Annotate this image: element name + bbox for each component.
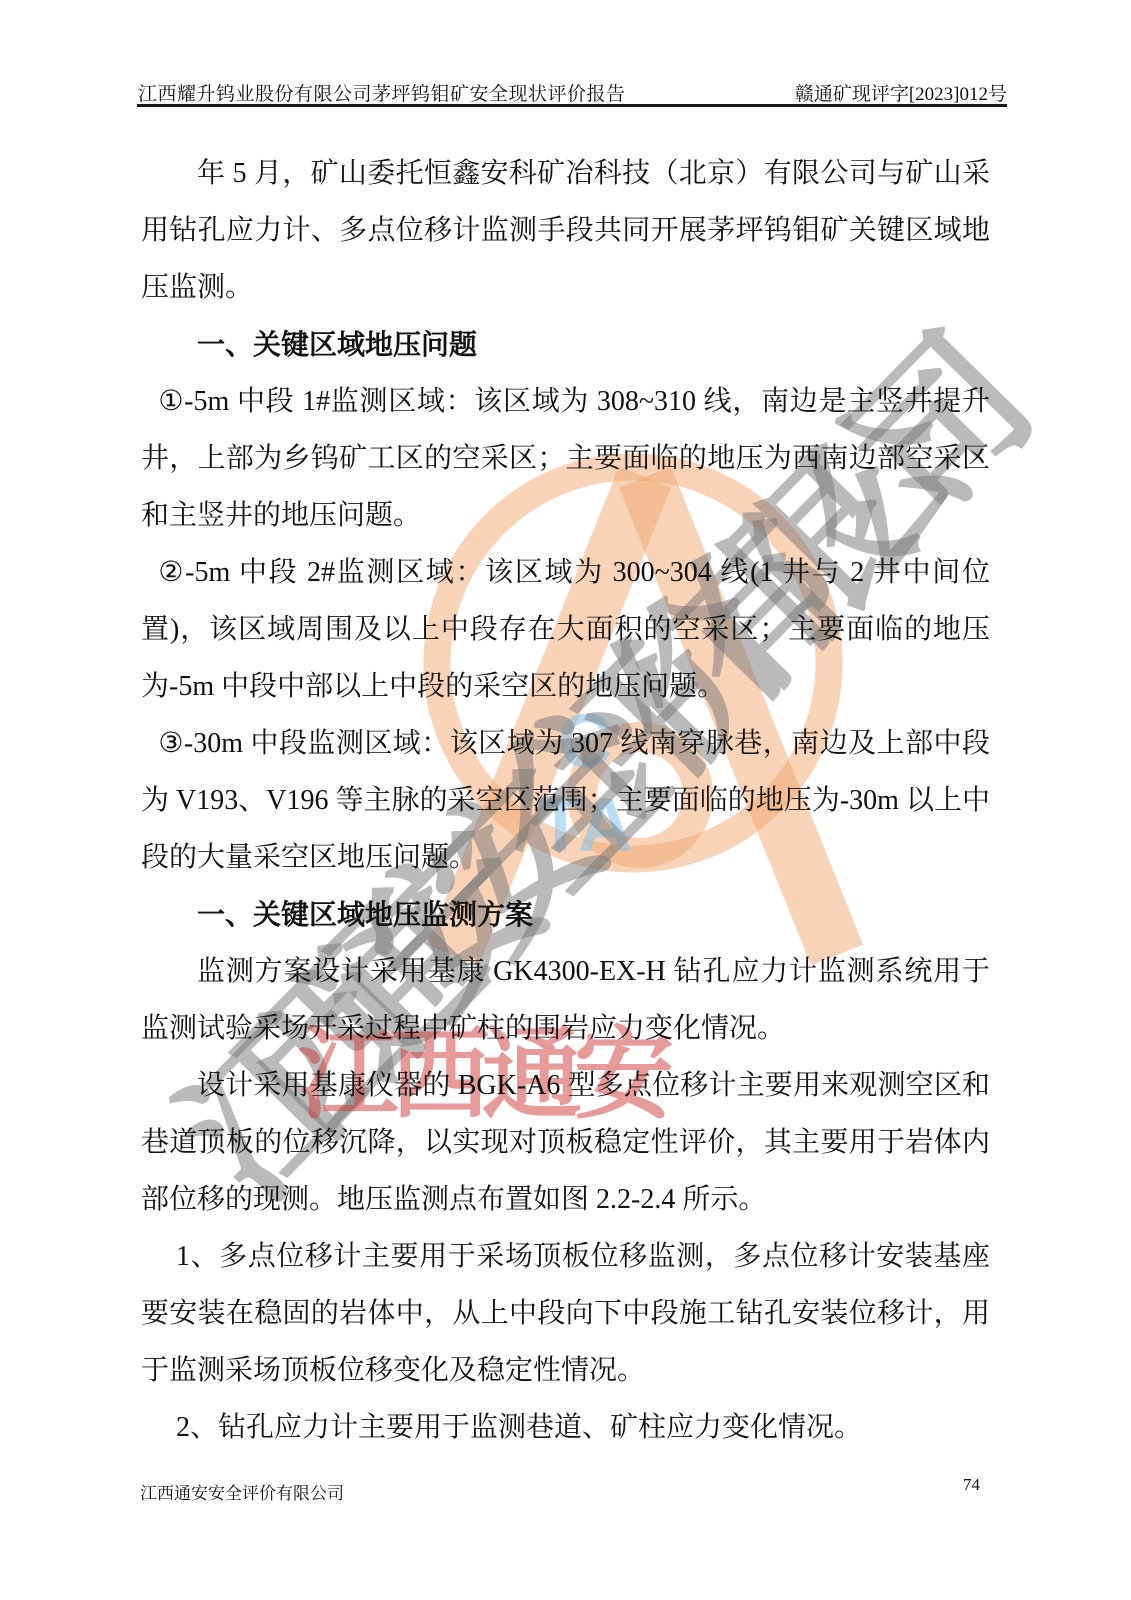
paragraph: 监测方案设计采用基康 GK4300-EX-H 钻孔应力计监测系统用于监测试验采场…	[141, 943, 990, 1057]
paragraph: 设计采用基康仪器的 BGK-A6 型多点位移计主要用来观测空区和巷道顶板的位移沉…	[141, 1057, 990, 1228]
paragraph: ①-5m 中段 1#监测区域：该区域为 308~310 线，南边是主竖井提升井，…	[141, 373, 990, 544]
paragraph: 1、多点位移计主要用于采场顶板位移监测，多点位移计安装基座要安装在稳固的岩体中，…	[141, 1228, 990, 1399]
report-page: { "header": { "left_title": "江西耀升钨业股份有限公…	[0, 0, 1131, 1600]
paragraph: 年 5 月，矿山委托恒鑫安科矿冶科技（北京）有限公司与矿山采用钻孔应力计、多点位…	[141, 145, 990, 316]
section-heading: 一、关键区域地压问题	[141, 316, 990, 373]
document-body: 年 5 月，矿山委托恒鑫安科矿冶科技（北京）有限公司与矿山采用钻孔应力计、多点位…	[141, 145, 990, 1456]
paragraph: ③-30m 中段监测区域：该区域为 307 线南穿脉巷，南边及上部中段为 V19…	[141, 715, 990, 886]
header-doc-number: 赣通矿现评字[2023]012号	[795, 79, 1007, 106]
header-report-title: 江西耀升钨业股份有限公司茅坪钨钼矿安全现状评价报告	[138, 79, 626, 106]
paragraph: 2、钻孔应力计主要用于监测巷道、矿柱应力变化情况。	[141, 1399, 990, 1456]
paragraph: ②-5m 中段 2#监测区域：该区域为 300~304 线(1 井与 2 井中间…	[141, 544, 990, 715]
footer-page-number: 74	[963, 1475, 980, 1495]
section-heading: 一、关键区域地压监测方案	[141, 886, 990, 943]
header-divider	[137, 104, 1007, 107]
footer-company-name: 江西通安安全评价有限公司	[140, 1479, 344, 1504]
